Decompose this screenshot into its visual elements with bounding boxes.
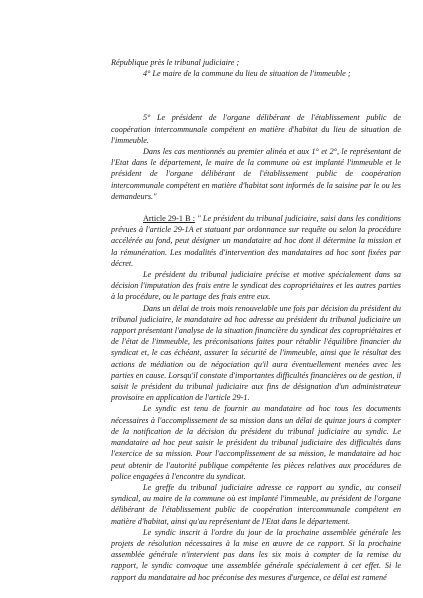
top-line-1: République près le tribunal judiciaire ; xyxy=(111,57,401,68)
paragraph-general-assembly: Le syndic inscrit à l'ordre du jour de l… xyxy=(111,527,401,583)
spacer xyxy=(111,202,401,213)
paragraph-costs: Le président du tribunal judiciaire préc… xyxy=(111,269,401,303)
document-page: République près le tribunal judiciaire ;… xyxy=(0,0,423,598)
article-29-1-b-intro: Article 29-1 B : " Le président du tribu… xyxy=(111,213,401,269)
spacer xyxy=(111,79,401,112)
article-label: Article 29-1 B : xyxy=(143,214,195,223)
paragraph-syndic-duties: Le syndic est tenu de fournir au mandata… xyxy=(111,403,401,481)
cases-paragraph: Dans les cas mentionnés au premier aliné… xyxy=(111,146,401,202)
paragraph-report: Dans un délai de trois mois renouvelable… xyxy=(111,303,401,404)
item-5: 5° Le président de l'organe délibérant d… xyxy=(111,112,401,146)
page-body: République près le tribunal judiciaire ;… xyxy=(111,57,401,583)
paragraph-registry: Le greffe du tribunal judiciaire adresse… xyxy=(111,482,401,527)
item-4: 4° Le maire de la commune du lieu de sit… xyxy=(111,68,401,79)
